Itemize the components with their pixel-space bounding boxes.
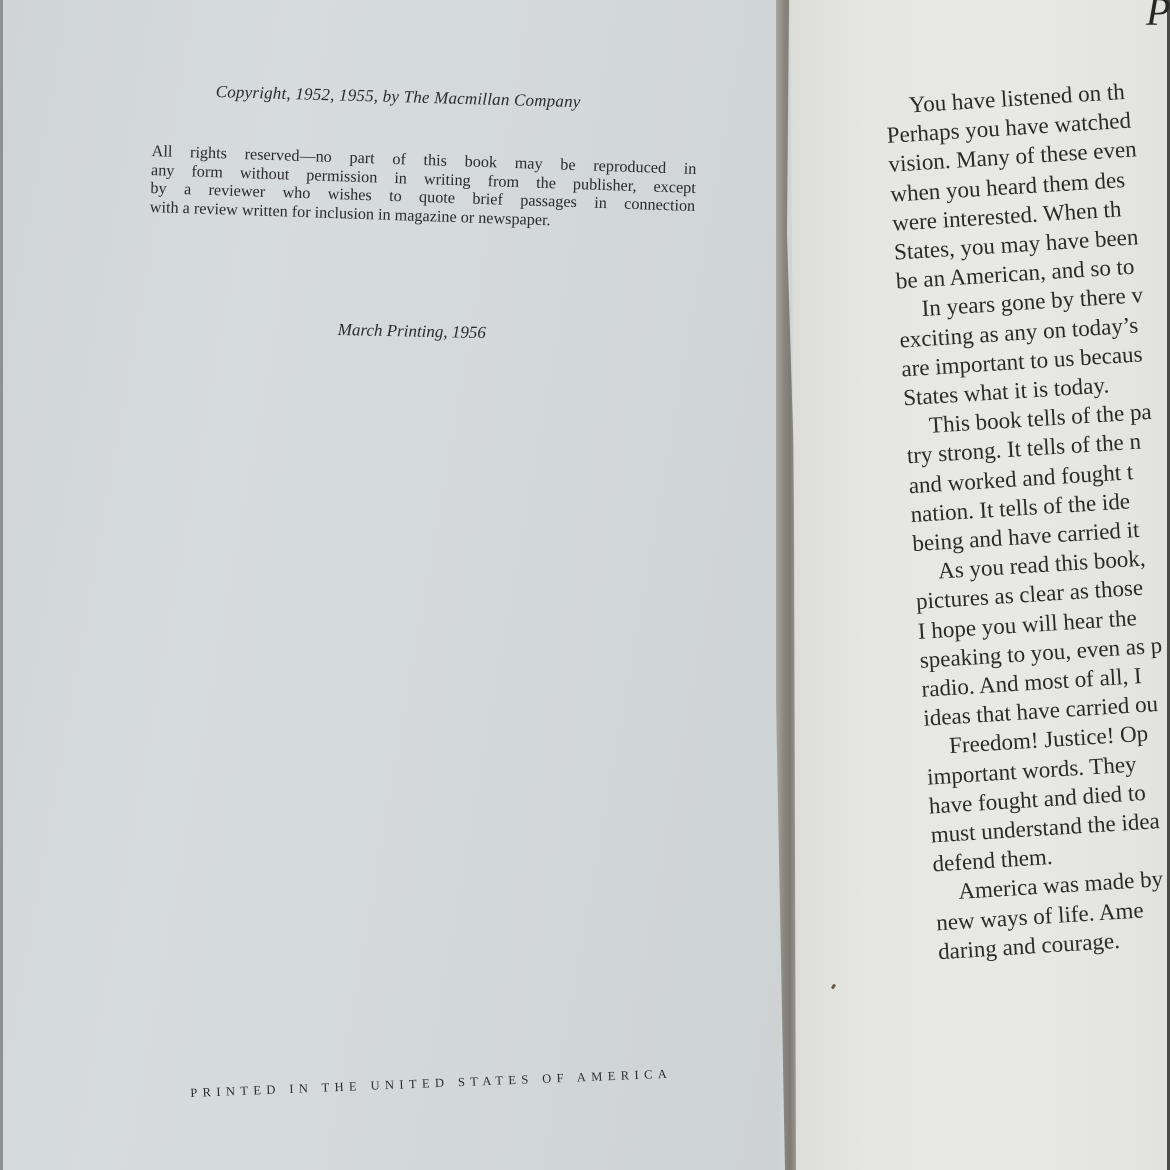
copyright-page: Copyright, 1952, 1955, by The Macmillan … xyxy=(0,0,780,1170)
preface-heading: P xyxy=(1146,0,1170,35)
printing-date: March Printing, 1956 xyxy=(338,320,487,343)
page-edge-shadow xyxy=(0,0,3,1170)
printed-in-notice: PRINTED IN THE UNITED STATES OF AMERICA xyxy=(190,1067,673,1101)
rights-reserved-paragraph: All rights reserved—no part of this book… xyxy=(150,142,697,234)
copyright-notice: Copyright, 1952, 1955, by The Macmillan … xyxy=(215,82,645,114)
open-book-spread: Copyright, 1952, 1955, by The Macmillan … xyxy=(0,0,1170,1170)
